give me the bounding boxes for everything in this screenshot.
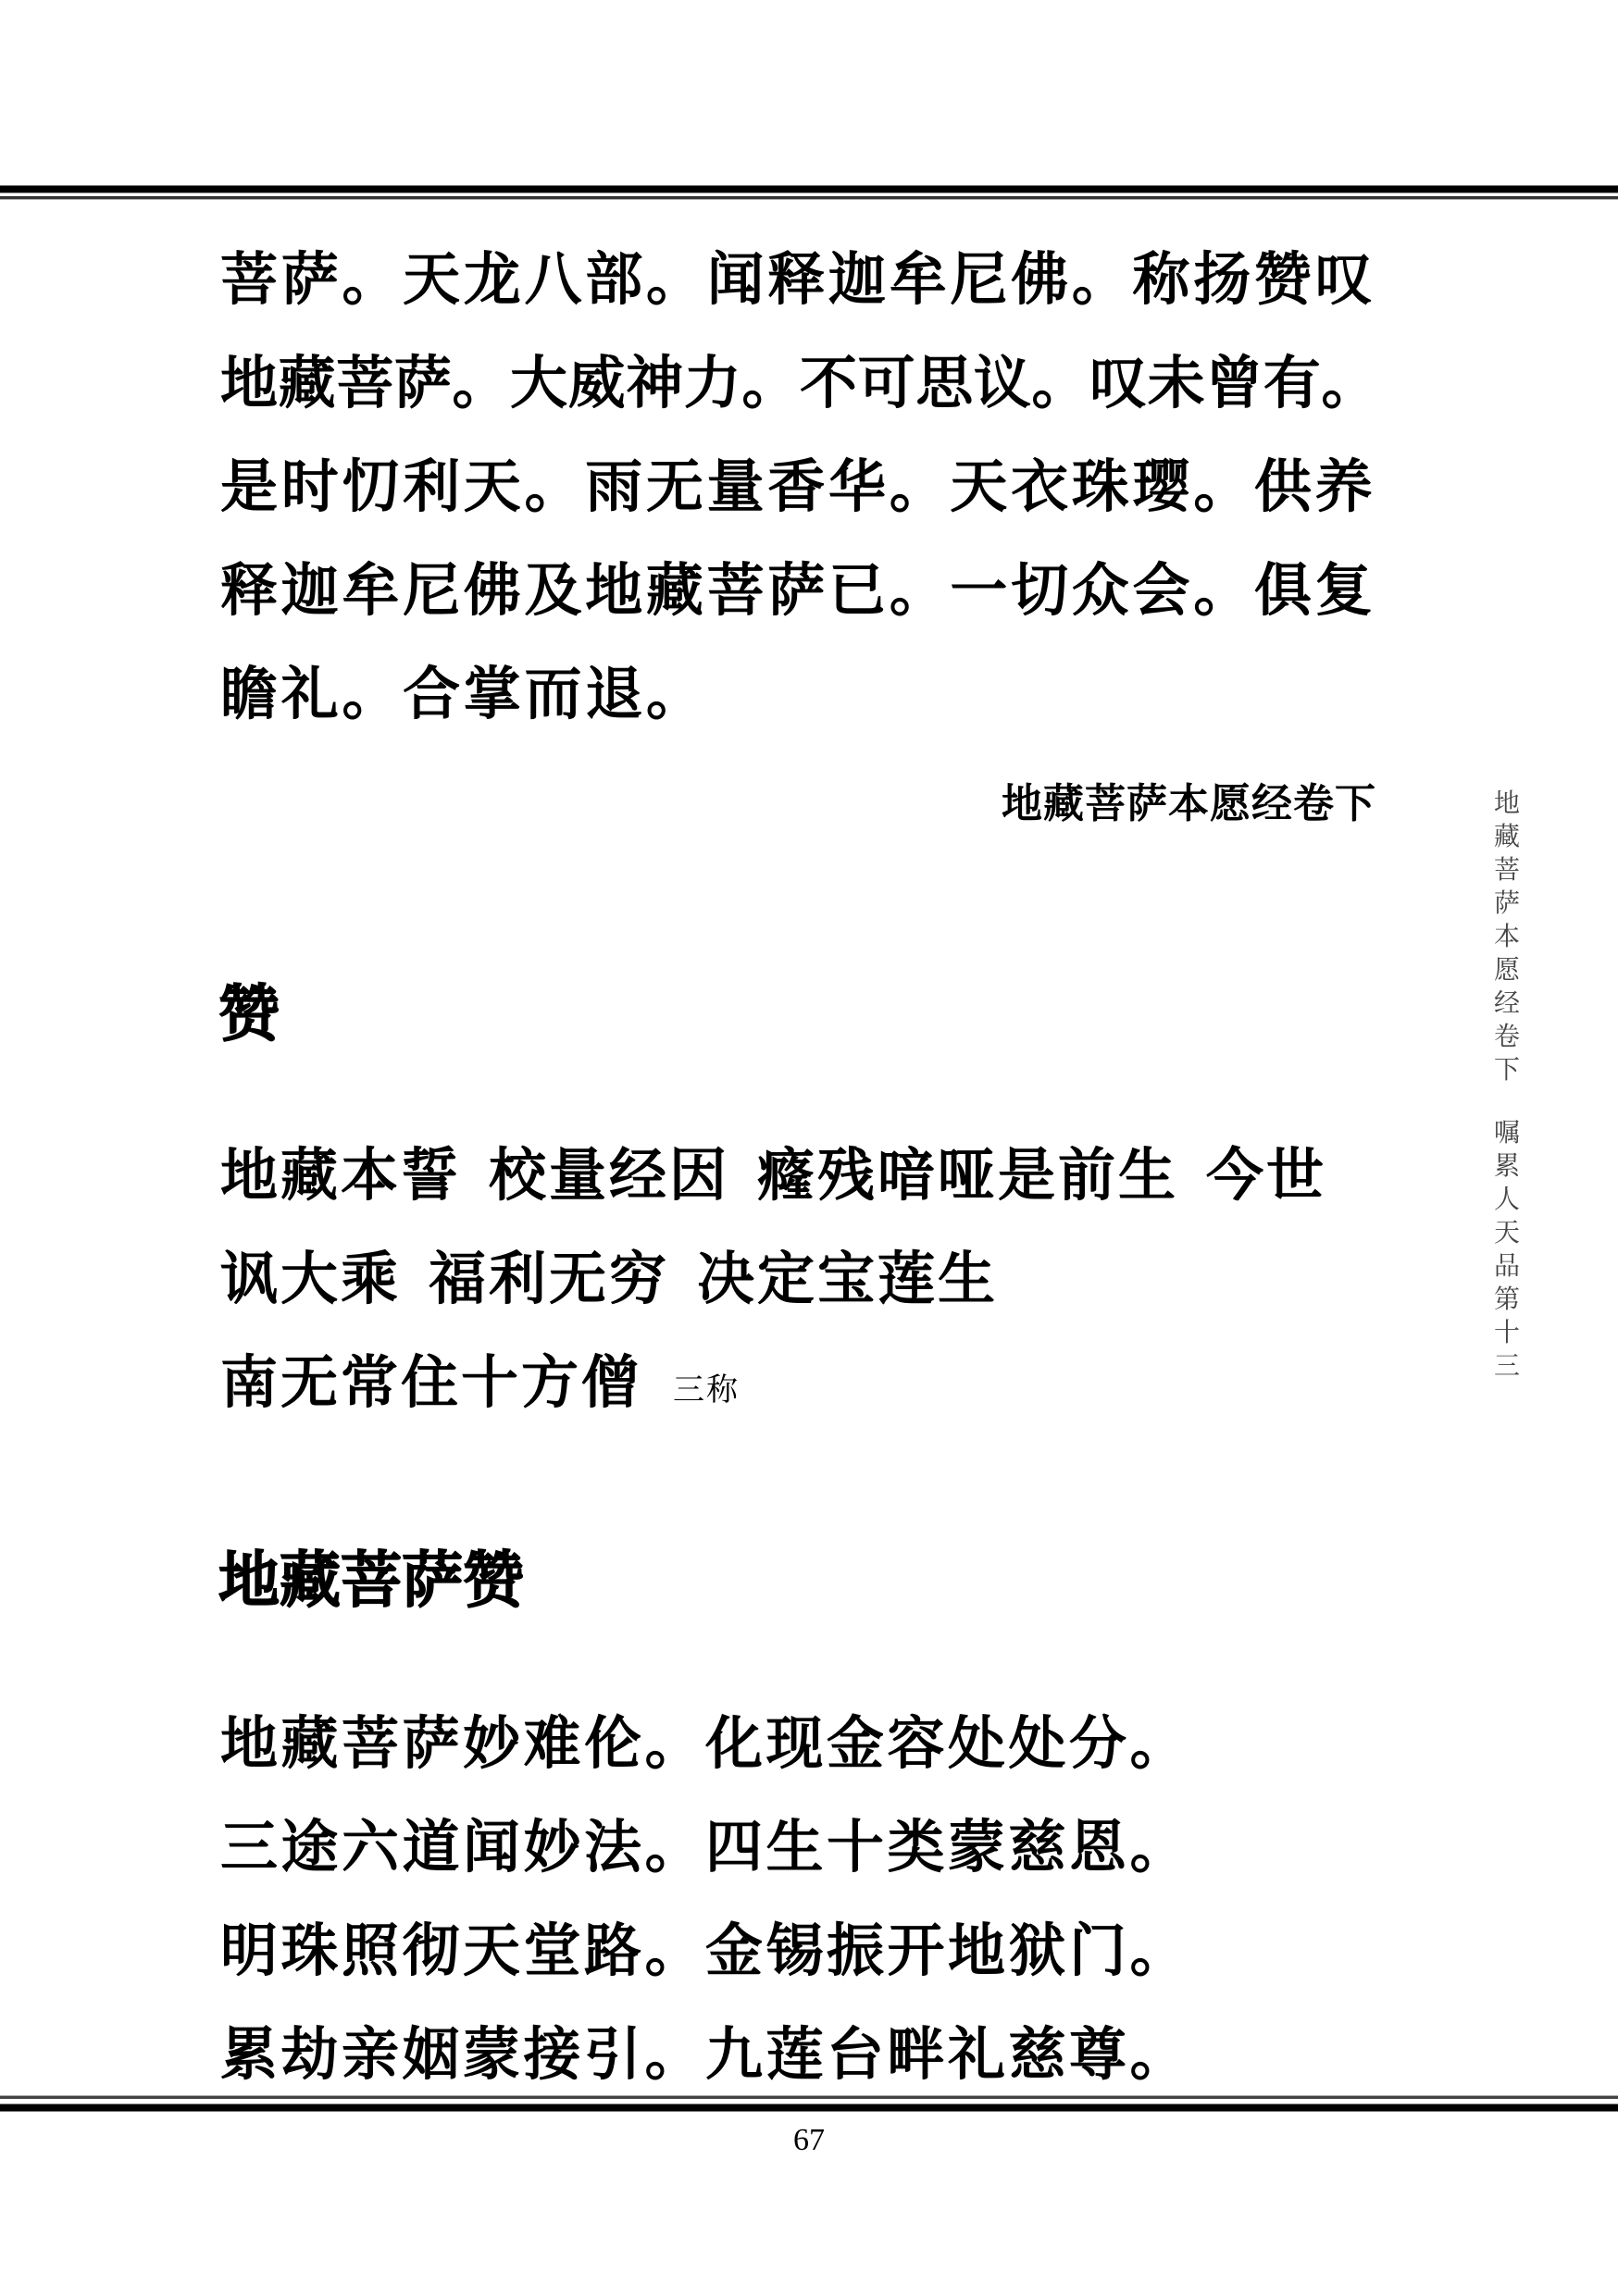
praise-phrase: 癃残喑哑是前生 (757, 1141, 1178, 1209)
verse-line: 累劫亲姻蒙接引。九莲台畔礼慈尊。 (220, 2003, 1190, 2106)
passage-line: 地藏菩萨。大威神力。不可思议。叹未曾有。 (220, 331, 1379, 435)
side-book-title: 地藏菩萨本愿经卷下 (1491, 787, 1523, 1086)
page-number: 67 (0, 2123, 1618, 2158)
verse-line: 三途六道闻妙法。四生十类蒙慈恩。 (220, 1795, 1190, 1899)
praise-phrase: 福利无穷 (429, 1245, 669, 1312)
praise-phrase: 决定宝莲生 (697, 1245, 998, 1312)
scroll-end-title: 地藏菩萨本愿经卷下 (944, 770, 1376, 829)
section-heading-praise: 赞 (218, 977, 280, 1051)
top-rule-thin (0, 196, 1618, 200)
refrain-text: 南无常住十方僧 (220, 1348, 641, 1416)
passage-line: 是时忉利天。雨无量香华。天衣珠璎。供养 (220, 435, 1379, 539)
bottom-rule-thick (0, 2104, 1618, 2112)
verse-line: 地藏菩萨妙难伦。化现金容处处分。 (220, 1692, 1190, 1795)
refrain-line: 南无常住十方僧三称 (220, 1331, 1326, 1434)
verse-line: 明珠照彻天堂路。金锡振开地狱门。 (220, 1899, 1190, 2003)
passage-line: 释迦牟尼佛及地藏菩萨已。一切众会。俱复 (220, 539, 1379, 642)
side-gap (1491, 1086, 1523, 1116)
praise-line: 地藏本誓校量经因癃残喑哑是前生今世 (220, 1123, 1326, 1227)
praise-phrase: 校量经因 (489, 1141, 729, 1209)
bottom-rule-thin (0, 2095, 1618, 2099)
dizang-praise-verse: 地藏菩萨妙难伦。化现金容处处分。 三途六道闻妙法。四生十类蒙慈恩。 明珠照彻天堂… (220, 1692, 1190, 2106)
praise-line: 讽大乘福利无穷决定宝莲生 (220, 1227, 1326, 1331)
refrain-note: 三称 (673, 1371, 740, 1409)
praise-verse: 地藏本誓校量经因癃残喑哑是前生今世 讽大乘福利无穷决定宝莲生 南无常住十方僧三称 (220, 1123, 1326, 1434)
praise-phrase: 今世 (1206, 1141, 1326, 1209)
praise-phrase: 地藏本誓 (220, 1141, 461, 1209)
side-chapter-title: 嘱累人天品第十三 (1491, 1116, 1523, 1383)
passage-line: 菩萨。天龙八部。闻释迦牟尼佛。称扬赞叹 (220, 228, 1379, 331)
top-rule-thick (0, 185, 1618, 193)
passage-line: 瞻礼。合掌而退。 (220, 642, 1379, 746)
section-heading-dizang-praise: 地藏菩萨赞 (218, 1544, 524, 1618)
praise-phrase: 讽大乘 (220, 1245, 401, 1312)
closing-passage: 菩萨。天龙八部。闻释迦牟尼佛。称扬赞叹 地藏菩萨。大威神力。不可思议。叹未曾有。… (220, 228, 1379, 746)
side-running-header: 地藏菩萨本愿经卷下 嘱累人天品第十三 (1491, 787, 1523, 1383)
